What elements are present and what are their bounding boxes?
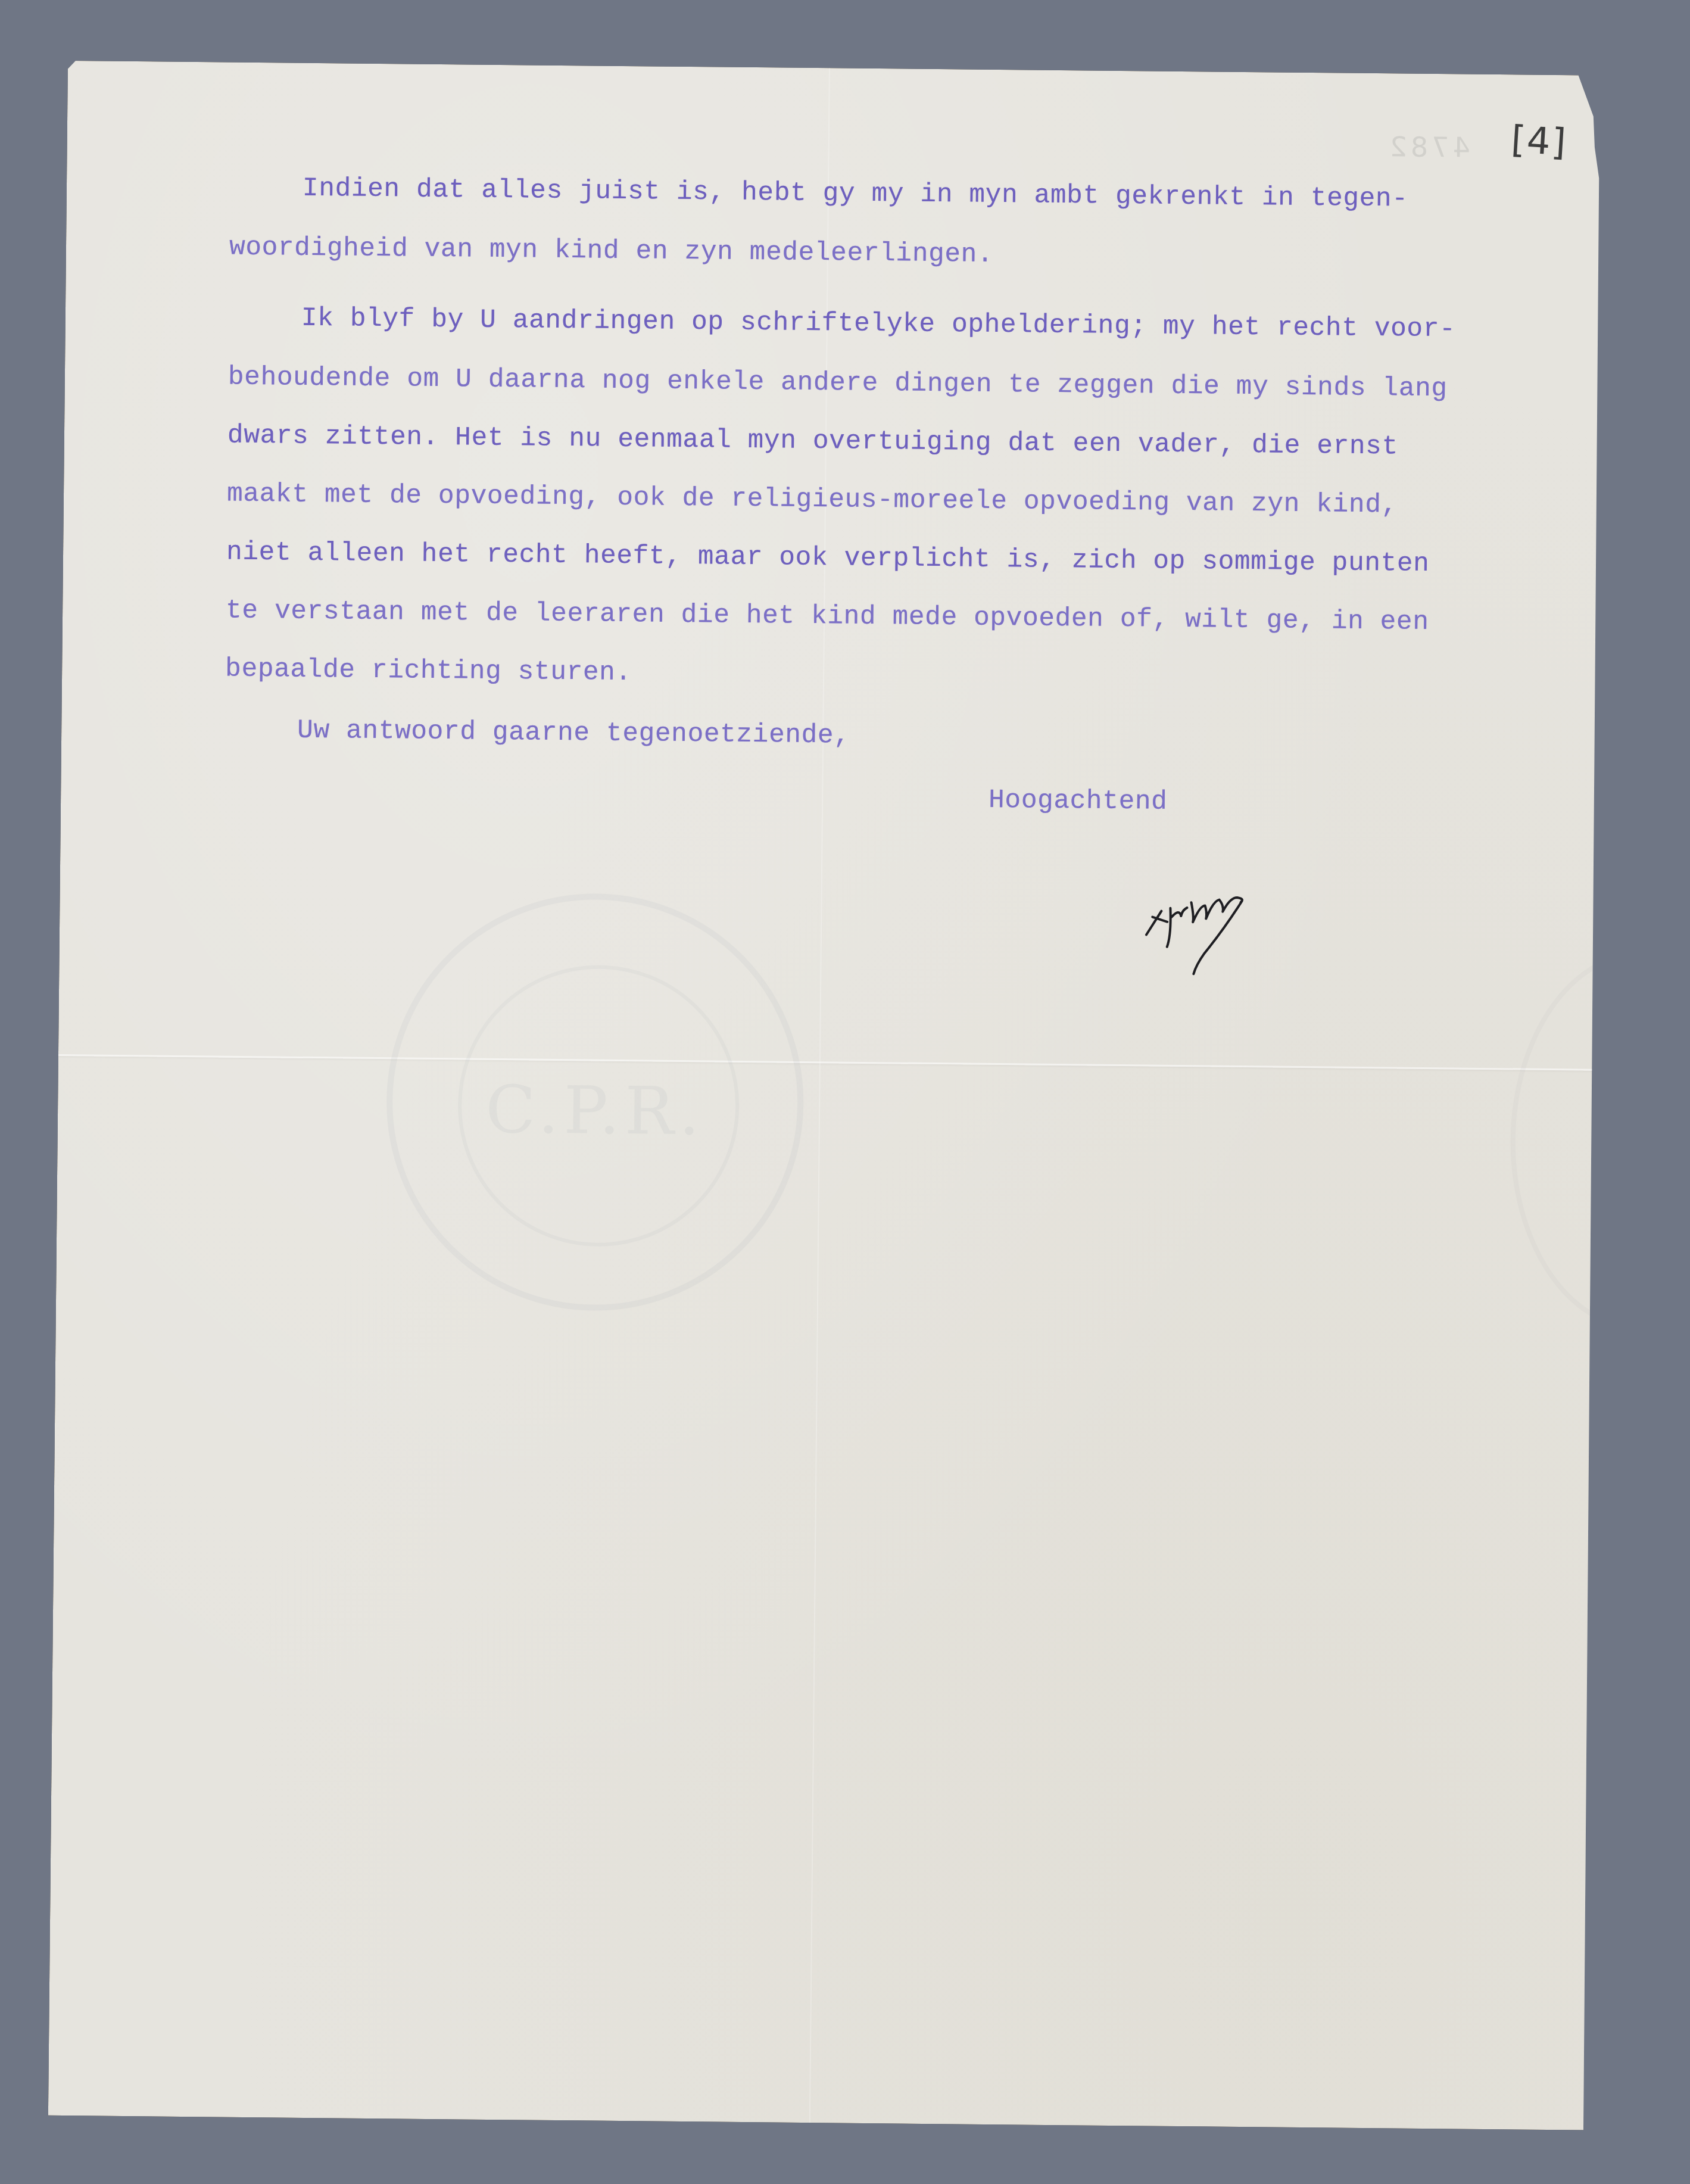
- paragraph-1-line-2: woordigheid van myn kind en zyn medeleer…: [229, 233, 994, 270]
- paragraph-1-line-1: Indien dat alles juist is, hebt gy my in…: [303, 174, 1408, 214]
- letter-page: C.P.R. 4782 [4] Indien dat alles juist i…: [48, 61, 1616, 2130]
- paragraph-2-line-4: maakt met de opvoeding, ook de religieus…: [227, 479, 1398, 521]
- embossed-stamp: C.P.R.: [385, 892, 806, 1313]
- paragraph-3-line-1: Uw antwoord gaarne tegenoetziende,: [297, 716, 850, 751]
- stamp-text: C.P.R.: [392, 1070, 798, 1151]
- paragraph-2-line-7: bepaalde richting sturen.: [225, 655, 632, 688]
- paragraph-2-line-1: Ik blyf by U aandringen op schriftelyke …: [301, 304, 1456, 345]
- archive-number: 4782: [1386, 130, 1470, 163]
- closing-salutation: Hoogachtend: [989, 786, 1168, 817]
- paragraph-2-line-2: behoudende om U daarna nog enkele andere…: [228, 363, 1448, 404]
- horizontal-fold-line: [58, 1054, 1606, 1071]
- page-number: [4]: [1510, 117, 1569, 164]
- handwritten-signature: [1134, 845, 1314, 978]
- paragraph-2-line-6: te verstaan met de leeraren die het kind…: [226, 596, 1429, 637]
- paragraph-2-line-3: dwars zitten. Het is nu eenmaal myn over…: [227, 421, 1398, 462]
- paragraph-2-line-5: niet alleen het recht heeft, maar ook ve…: [226, 538, 1430, 579]
- embossed-stamp-partial: [1509, 950, 1690, 1331]
